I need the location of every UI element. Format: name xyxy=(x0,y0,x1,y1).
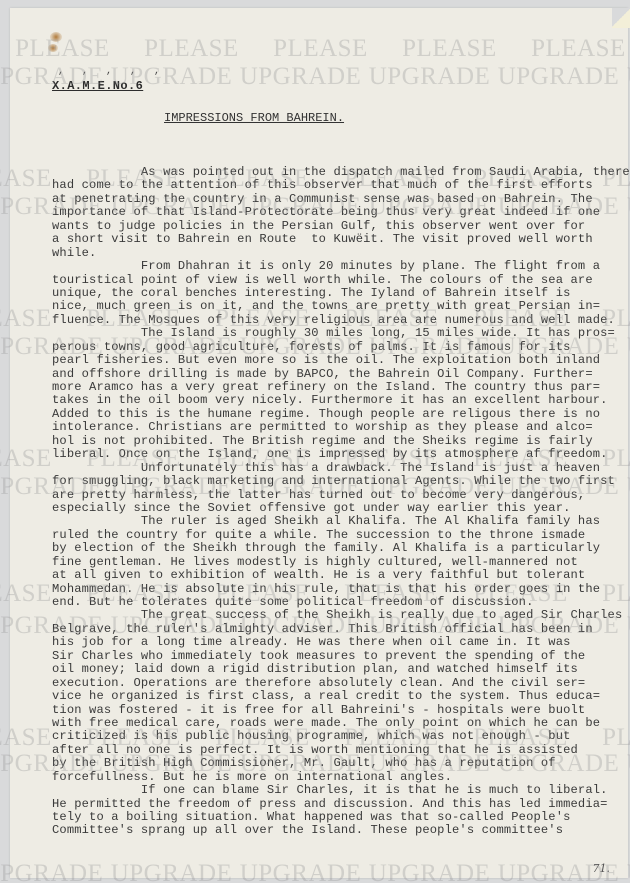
text-line: He permitted the freedom of press and di… xyxy=(52,798,622,811)
text-line: touristical point of view is well worth … xyxy=(52,274,622,287)
text-line: by the British High Commissioner, Mr. Ga… xyxy=(52,757,622,770)
text-line: tion was fostered - it is free for all B… xyxy=(52,704,622,717)
text-line: more Aramco has a very great refinery on… xyxy=(52,381,622,394)
text-line: If one can blame Sir Charles, it is that… xyxy=(52,784,622,797)
text-line: From Dhahran it is only 20 minutes by pl… xyxy=(52,260,622,273)
page-number: 71. xyxy=(593,862,611,875)
text-line: with free medical care, roads were made.… xyxy=(52,717,622,730)
folded-corner xyxy=(612,8,630,28)
text-line: and offshore drilling is made by BAPCO, … xyxy=(52,368,622,381)
text-line: unique, the coral benches interesting. T… xyxy=(52,287,622,300)
document-body: As was pointed out in the dispatch maile… xyxy=(52,166,622,838)
text-line: are pretty harmless, the latter has turn… xyxy=(52,489,622,502)
text-line: Added to this is the humane regime. Thou… xyxy=(52,408,622,421)
text-line: hol is not prohibited. The British regim… xyxy=(52,435,622,448)
text-line: at all given to exhibition of wealth. He… xyxy=(52,569,622,582)
document-reference: X.A.M.E.No.6 xyxy=(52,79,143,93)
text-line: Belgrave, the ruler's almighty adviser. … xyxy=(52,623,622,636)
text-line: liberal. Once on the Island, one is impr… xyxy=(52,448,622,461)
document-title: IMPRESSIONS FROM BAHREIN. xyxy=(164,111,344,125)
text-line: perous towns, good agriculture, forests … xyxy=(52,341,622,354)
text-line: criticized is his public housing program… xyxy=(52,730,622,743)
text-line: Unfortunately this has a drawback. The I… xyxy=(52,462,622,475)
text-line: after all no one is perfect. It is worth… xyxy=(52,744,622,757)
text-line: while. xyxy=(52,247,622,260)
text-line: a short visit to Bahrein en Route to Kuw… xyxy=(52,233,622,246)
text-line: end. But he tolerates quite some politic… xyxy=(52,596,622,609)
text-line: The great success of the Sheikh is reall… xyxy=(52,609,622,622)
text-line: wants to judge policies in the Persian G… xyxy=(52,220,622,233)
text-line: intolerance. Christians are permitted to… xyxy=(52,421,622,434)
text-line: forcefullness. But he is more on interna… xyxy=(52,771,622,784)
text-line: oil money; laid down a rigid distributio… xyxy=(52,663,622,676)
text-line: especially since the Soviet offensive go… xyxy=(52,502,622,515)
text-line: fluence. The Mosques of this very religi… xyxy=(52,314,622,327)
text-line: for smuggling, black marketing and inter… xyxy=(52,475,622,488)
text-line: The Island is roughly 30 miles long, 15 … xyxy=(52,327,622,340)
text-line: tely to a boiling situation. What happen… xyxy=(52,811,622,824)
tick-marks: , , , , , xyxy=(58,66,166,77)
text-line: fine gentleman. He lives modestly is hig… xyxy=(52,556,622,569)
text-line: The ruler is aged Sheikh al Khalifa. The… xyxy=(52,515,622,528)
text-line: pearl fisheries. But even more so is the… xyxy=(52,354,622,367)
stain-mark xyxy=(50,32,62,42)
text-line: As was pointed out in the dispatch maile… xyxy=(52,166,622,179)
stain-mark xyxy=(48,44,58,52)
text-line: ruled the country for quite a while. The… xyxy=(52,529,622,542)
text-line: at penetrating the country in a Communis… xyxy=(52,193,622,206)
text-line: vice he organized is first class, a real… xyxy=(52,690,622,703)
text-line: by election of the Sheikh through the fa… xyxy=(52,542,622,555)
text-line: Committee's sprang up all over the Islan… xyxy=(52,824,622,837)
text-line: nice, much green is on it, and the towns… xyxy=(52,300,622,313)
text-line: Sir Charles who immediately took measure… xyxy=(52,650,622,663)
text-line: execution. Operations are therefore abso… xyxy=(52,677,622,690)
text-line: takes in the oil boom very nicely. Furth… xyxy=(52,394,622,407)
text-line: Mohammedan. He is absolute in his rule, … xyxy=(52,583,622,596)
text-line: his job for a long time already. He was … xyxy=(52,636,622,649)
text-line: importance of that Island-Protectorate b… xyxy=(52,206,622,219)
text-line: had come to the attention of this observ… xyxy=(52,179,622,192)
